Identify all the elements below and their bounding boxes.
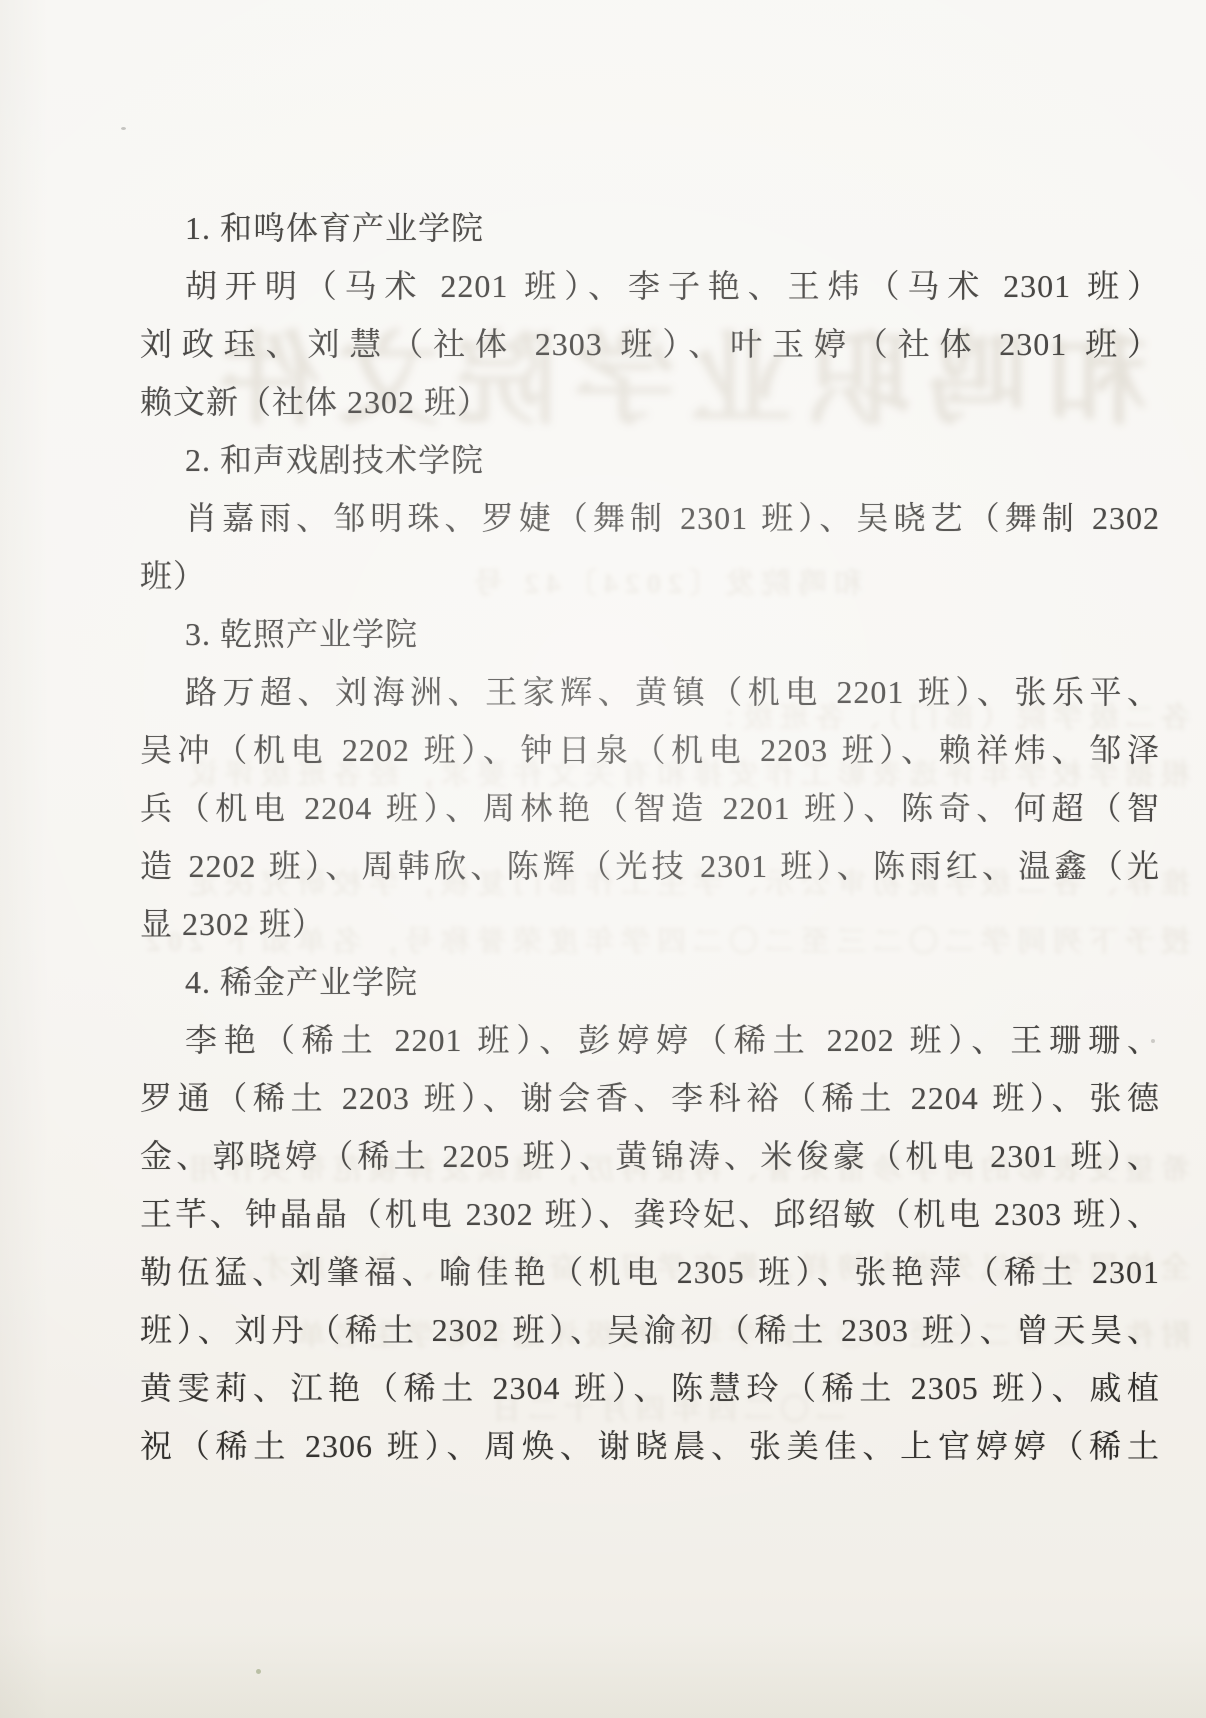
document-line: 显 2302 班） (140, 895, 1160, 953)
document-line: 黄雯莉、江艳（稀土 2304 班）、陈慧玲（稀土 2305 班）、戚植 (140, 1359, 1160, 1417)
document-line: 刘政珏、刘慧（社体 2303 班）、叶玉婷（社体 2301 班） (140, 315, 1160, 373)
document-line: 金、郭晓婷（稀土 2205 班）、黄锦涛、米俊豪（机电 2301 班）、 (140, 1127, 1160, 1185)
section-heading: 4. 稀金产业学院 (140, 953, 1160, 1011)
document-line: 李艳（稀土 2201 班）、彭婷婷（稀土 2202 班）、王珊珊、 (140, 1011, 1160, 1069)
section-heading: 2. 和声戏剧技术学院 (140, 431, 1160, 489)
document-line: 罗通（稀土 2203 班）、谢会香、李科裕（稀土 2204 班）、张德 (140, 1069, 1160, 1127)
document-line: 王芊、钟晶晶（机电 2302 班）、龚玲妃、邱绍敏（机电 2303 班）、 (140, 1185, 1160, 1243)
document-body: 1. 和鸣体育产业学院胡开明（马术 2201 班）、李子艳、王炜（马术 2301… (140, 199, 1160, 1475)
section-heading: 3. 乾照产业学院 (140, 605, 1160, 663)
document-line: 祝（稀土 2306 班）、周焕、谢晓晨、张美佳、上官婷婷（稀土 (140, 1417, 1160, 1475)
scan-speck (121, 127, 126, 130)
document-line: 吴冲（机电 2202 班）、钟日泉（机电 2203 班）、赖祥炜、邹泽 (140, 721, 1160, 779)
section-heading: 1. 和鸣体育产业学院 (140, 199, 1160, 257)
document-line: 肖嘉雨、邹明珠、罗婕（舞制 2301 班）、吴晓艺（舞制 2302 (140, 489, 1160, 547)
document-line: 班）、刘丹（稀土 2302 班）、吴渝初（稀土 2303 班）、曾天昊、 (140, 1301, 1160, 1359)
document-line: 造 2202 班）、周韩欣、陈辉（光技 2301 班）、陈雨红、温鑫（光 (140, 837, 1160, 895)
document-line: 赖文新（社体 2302 班） (140, 373, 1160, 431)
document-line: 兵（机电 2204 班）、周林艳（智造 2201 班）、陈奇、何超（智 (140, 779, 1160, 837)
document-line: 勒伍猛、刘肇福、喻佳艳（机电 2305 班）、张艳萍（稀土 2301 (140, 1243, 1160, 1301)
document-line: 胡开明（马术 2201 班）、李子艳、王炜（马术 2301 班） (140, 257, 1160, 315)
document-page: 和鸣职业学院文件和鸣院发〔2024〕42 号各二级学院（部门）、各班级：根据学校… (0, 0, 1206, 1718)
document-line: 路万超、刘海洲、王家辉、黄镇（机电 2201 班）、张乐平、 (140, 663, 1160, 721)
scan-speck (256, 1669, 261, 1674)
scan-speck (1151, 1039, 1155, 1043)
document-line: 班） (140, 547, 1160, 605)
